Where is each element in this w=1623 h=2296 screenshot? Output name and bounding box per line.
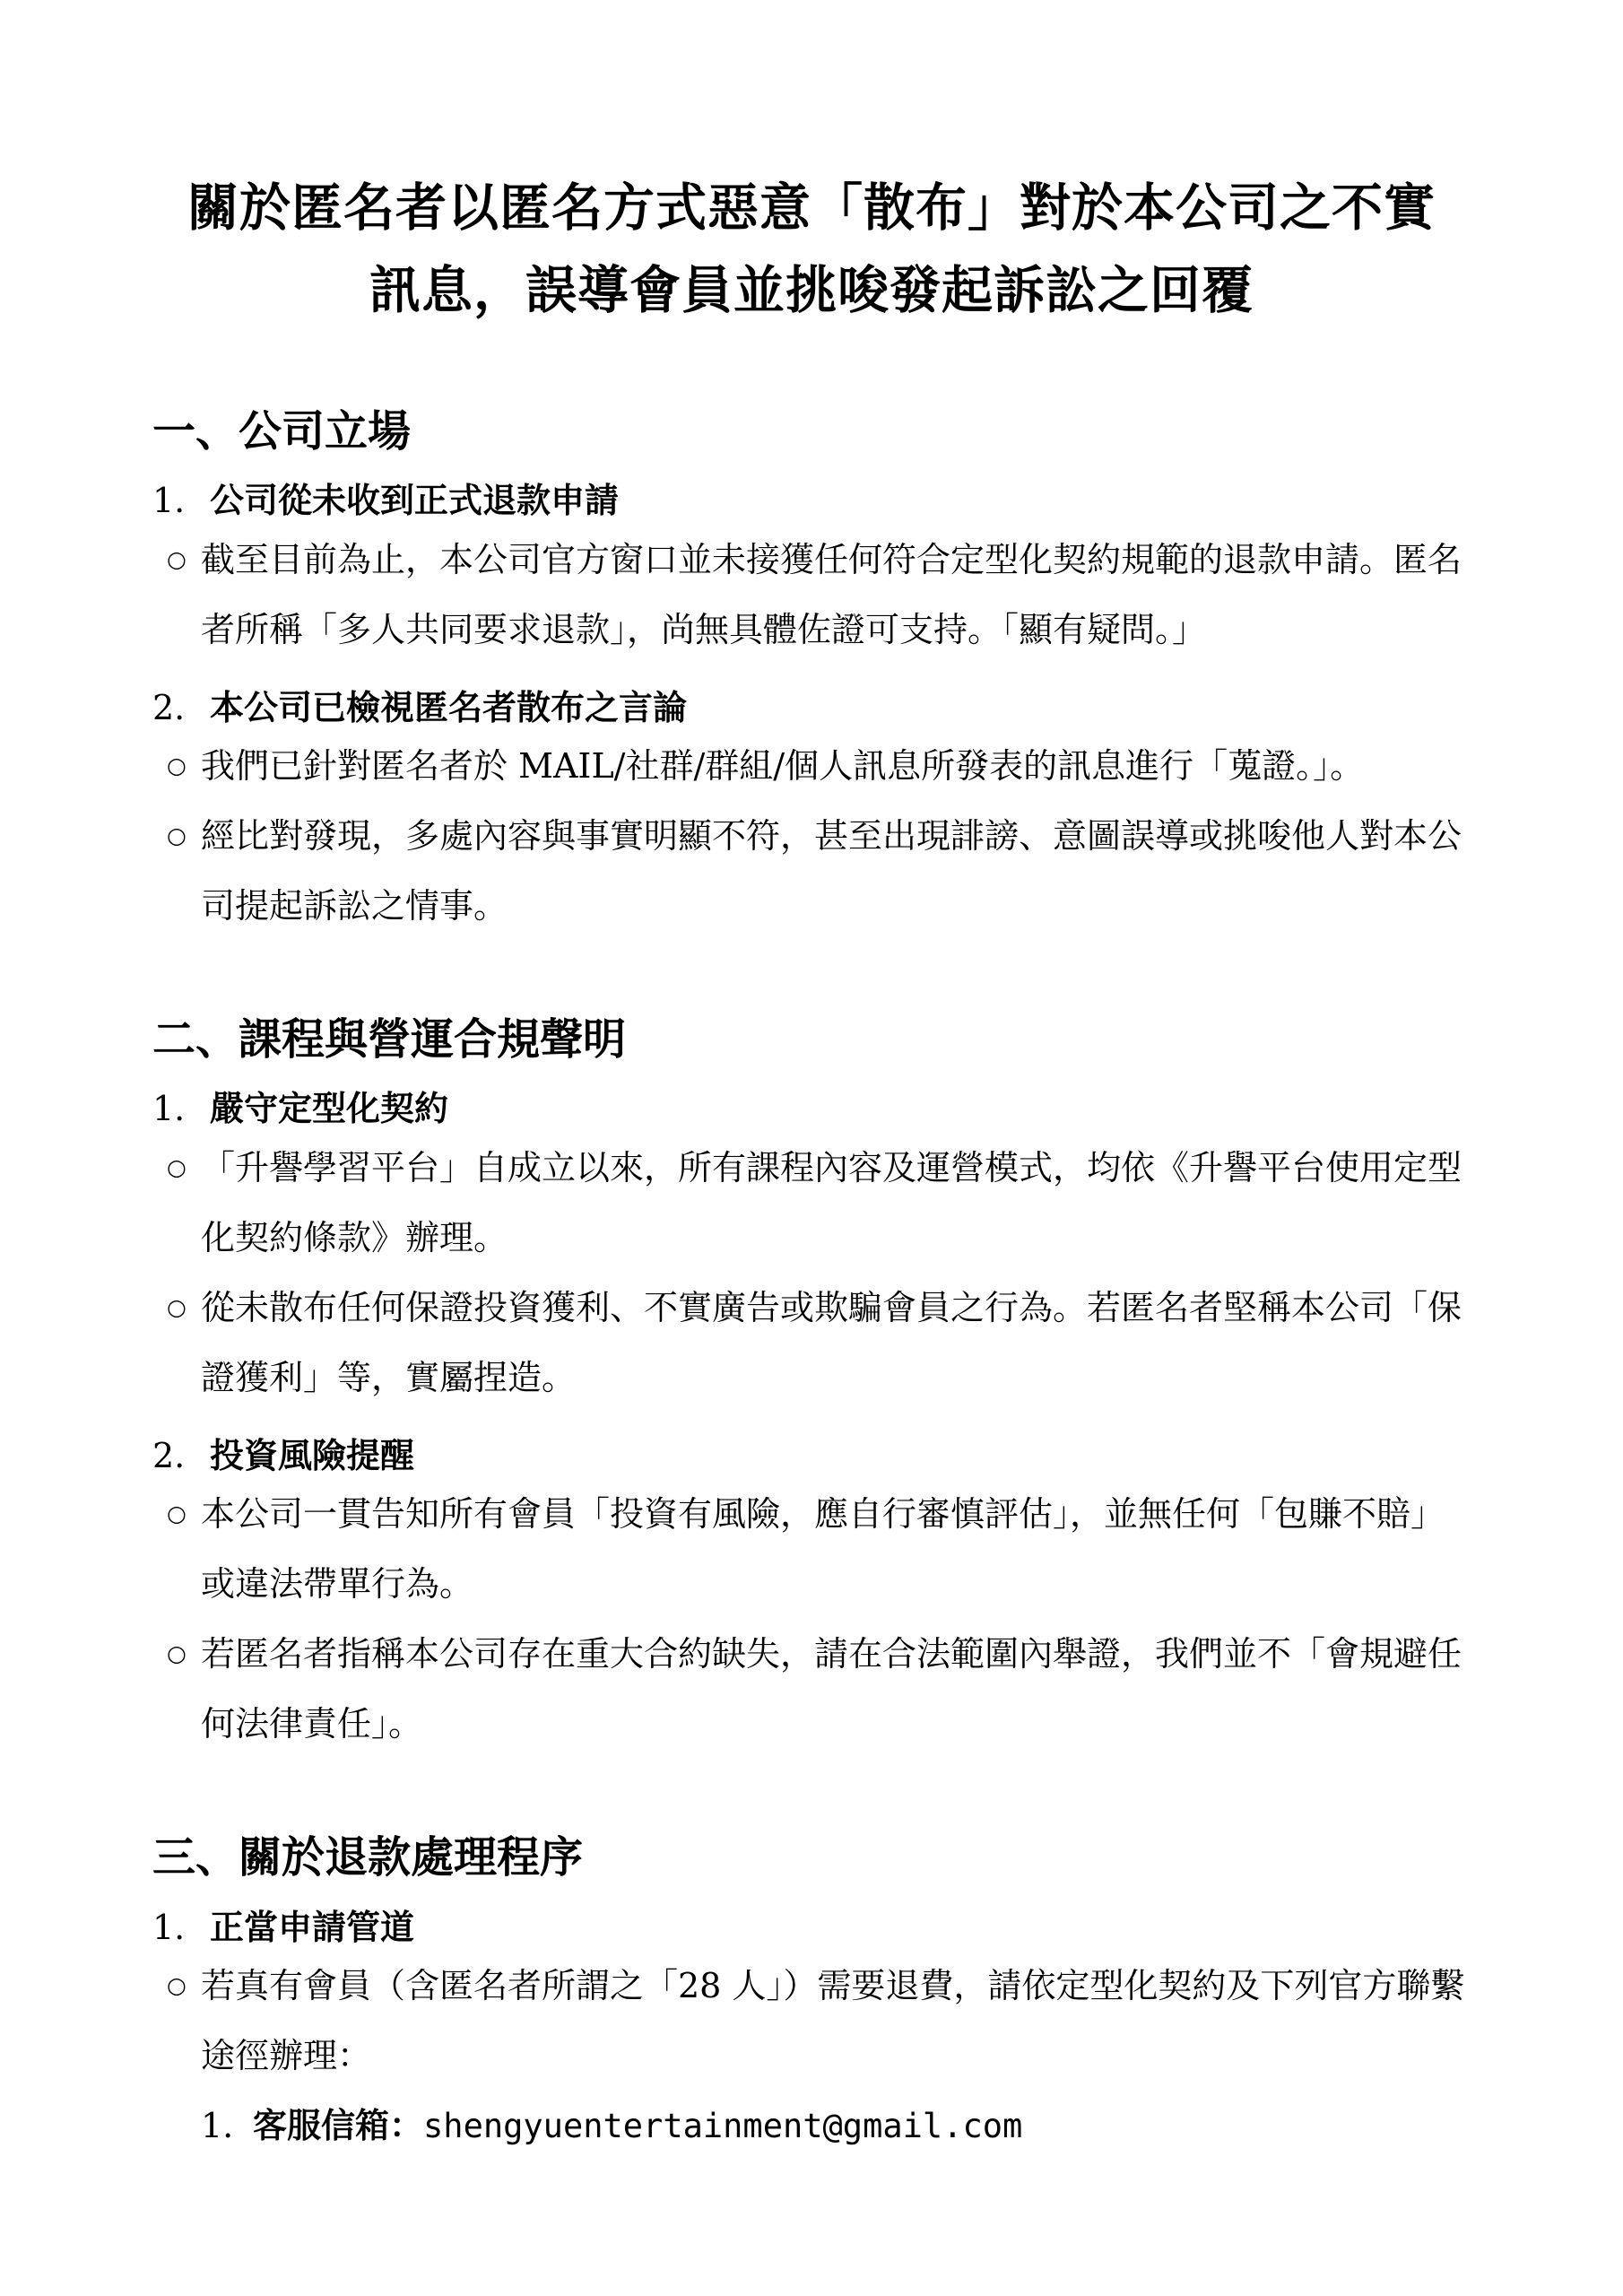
section-heading-refund-procedure: 三、關於退款處理程序	[152, 1832, 1471, 1884]
bullet-item: ○ 若匿名者指稱本公司存在重大合約缺失，請在合法範圍內舉證，我們並不「會規避任何…	[152, 1619, 1471, 1759]
bullet-text: 本公司一貫告知所有會員「投資有風險，應自行審慎評估」，並無任何「包賺不賠」或違法…	[201, 1479, 1471, 1619]
bullet-item: ○ 從未散布任何保證投資獲利、不實廣告或欺騙會員之行為。若匿名者堅稱本公司「保證…	[152, 1273, 1471, 1413]
item-number: 1.	[152, 478, 210, 524]
bullet-text: 「升譽學習平台」自成立以來，所有課程內容及運營模式，均依《升譽平台使用定型化契約…	[201, 1133, 1471, 1273]
bullet-item: ○ 我們已針對匿名者於 MAIL/社群/群組/個人訊息所發表的訊息進行「蒐證。」…	[152, 731, 1471, 801]
customer-service-email-value: shengyuentertainment@gmail.com	[423, 2092, 1022, 2161]
section-heading-compliance-statement: 二、課程與營運合規聲明	[152, 1014, 1471, 1066]
circle-bullet-icon: ○	[152, 1133, 201, 1203]
item-label: 投資風險提醒	[210, 1432, 414, 1478]
document-page: 關於匿名者以匿名方式惡意「散布」對於本公司之不實訊息，誤導會員並挑唆發起訴訟之回…	[0, 0, 1623, 2296]
sub-numbered-item: 1. 客服信箱： shengyuentertainment@gmail.com	[201, 2091, 1471, 2161]
numbered-item: 1. 公司從未收到正式退款申請	[152, 477, 1471, 524]
numbered-item: 2. 本公司已檢視匿名者散布之言論	[152, 684, 1471, 731]
bullet-text: 經比對發現，多處內容與事實明顯不符，甚至出現誹謗、意圖誤導或挑唆他人對本公司提起…	[201, 801, 1471, 941]
item-label: 公司從未收到正式退款申請	[210, 477, 619, 523]
bullet-text: 若匿名者指稱本公司存在重大合約缺失，請在合法範圍內舉證，我們並不「會規避任何法律…	[201, 1619, 1471, 1759]
numbered-item: 1. 正當申請管道	[152, 1904, 1471, 1951]
bullet-text: 我們已針對匿名者於 MAIL/社群/群組/個人訊息所發表的訊息進行「蒐證。」。	[201, 731, 1471, 801]
bullet-text: 從未散布任何保證投資獲利、不實廣告或欺騙會員之行為。若匿名者堅稱本公司「保證獲利…	[201, 1273, 1471, 1413]
item-number: 2.	[152, 1433, 210, 1479]
circle-bullet-icon: ○	[152, 731, 201, 801]
bullet-text: 截至目前為止，本公司官方窗口並未接獲任何符合定型化契約規範的退款申請。匿名者所稱…	[201, 525, 1471, 665]
item-label: 本公司已檢視匿名者散布之言論	[210, 684, 687, 730]
bullet-item: ○ 經比對發現，多處內容與事實明顯不符，甚至出現誹謗、意圖誤導或挑唆他人對本公司…	[152, 801, 1471, 941]
item-label: 嚴守定型化契約	[210, 1085, 448, 1131]
circle-bullet-icon: ○	[152, 1951, 201, 2021]
customer-service-email-label: 客服信箱：	[253, 2091, 423, 2161]
item-number: 1.	[152, 1086, 210, 1132]
circle-bullet-icon: ○	[152, 1619, 201, 1689]
bullet-item: ○ 本公司一貫告知所有會員「投資有風險，應自行審慎評估」，並無任何「包賺不賠」或…	[152, 1479, 1471, 1619]
circle-bullet-icon: ○	[152, 525, 201, 595]
bullet-text: 若真有會員（含匿名者所謂之「28 人」）需要退費，請依定型化契約及下列官方聯繫途…	[201, 1951, 1471, 2091]
document-title: 關於匿名者以匿名方式惡意「散布」對於本公司之不實訊息，誤導會員並挑唆發起訴訟之回…	[179, 167, 1444, 333]
circle-bullet-icon: ○	[152, 1273, 201, 1343]
sub-item-number: 1.	[201, 2091, 253, 2161]
item-number: 2.	[152, 685, 210, 731]
numbered-item: 2. 投資風險提醒	[152, 1432, 1471, 1479]
circle-bullet-icon: ○	[152, 801, 201, 871]
circle-bullet-icon: ○	[152, 1479, 201, 1549]
item-label: 正當申請管道	[210, 1904, 414, 1950]
bullet-item: ○ 截至目前為止，本公司官方窗口並未接獲任何符合定型化契約規範的退款申請。匿名者…	[152, 525, 1471, 665]
section-heading-company-position: 一、公司立場	[152, 406, 1471, 458]
item-number: 1.	[152, 1905, 210, 1951]
numbered-item: 1. 嚴守定型化契約	[152, 1085, 1471, 1132]
bullet-item: ○ 「升譽學習平台」自成立以來，所有課程內容及運營模式，均依《升譽平台使用定型化…	[152, 1133, 1471, 1273]
bullet-item: ○ 若真有會員（含匿名者所謂之「28 人」）需要退費，請依定型化契約及下列官方聯…	[152, 1951, 1471, 2091]
